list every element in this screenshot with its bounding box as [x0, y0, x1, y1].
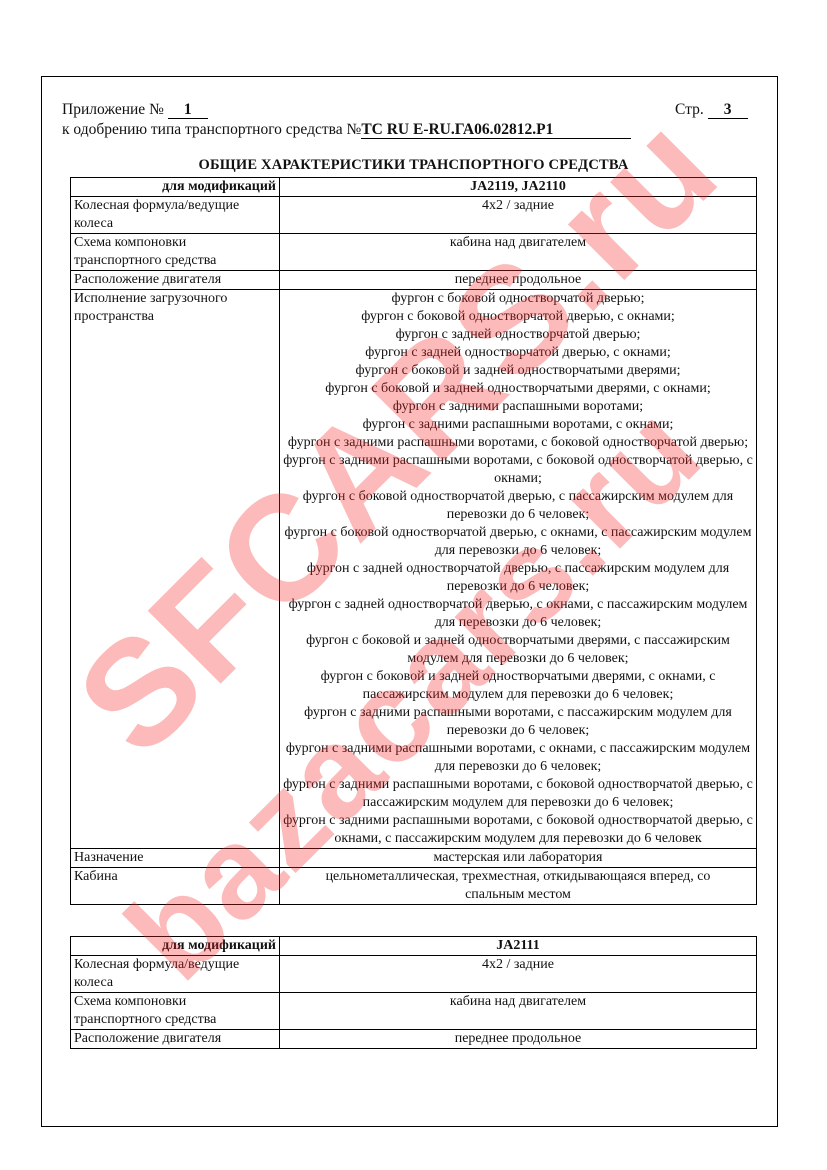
page-number-line: Стр. 3	[675, 101, 748, 119]
row-value: кабина над двигателем	[280, 234, 757, 271]
row-label: Схема компоновки транспортного средства	[71, 993, 280, 1030]
approval-label: к одобрению типа транспортного средства …	[62, 121, 361, 138]
row-label: Схема компоновки транспортного средства	[71, 234, 280, 271]
modifications-value: JA2111	[280, 937, 757, 956]
appendix-number: 1	[168, 101, 208, 119]
row-label: Расположение двигателя	[71, 271, 280, 290]
cargo-variant-item: фургон с задней одностворчатой дверью, с…	[283, 344, 753, 362]
row-value: мастерская или лаборатория	[280, 849, 757, 868]
table-row: Схема компоновки транспортного средства …	[71, 993, 757, 1030]
cargo-variant-item: фургон с боковой одностворчатой дверью, …	[283, 524, 753, 560]
row-value: кабина над двигателем	[280, 993, 757, 1030]
row-value: переднее продольное	[280, 1030, 757, 1049]
table-header-row: для модификаций JA2119, JA2110	[71, 178, 757, 197]
cargo-variant-item: фургон с задними распашными воротами, с …	[283, 740, 753, 776]
row-value: цельнометаллическая, трехместная, откиды…	[280, 868, 757, 905]
cargo-space-variants: фургон с боковой одностворчатой дверью;ф…	[280, 290, 757, 849]
row-label: Расположение двигателя	[71, 1030, 280, 1049]
cargo-variant-item: фургон с задними распашными воротами, с …	[283, 452, 753, 488]
cargo-variant-item: фургон с задними распашными воротами, с …	[283, 776, 753, 812]
table-row: Назначение мастерская или лаборатория	[71, 849, 757, 868]
row-label: Назначение	[71, 849, 280, 868]
row-label: Колесная формула/ведущие колеса	[71, 956, 280, 993]
row-value: 4x2 / задние	[280, 197, 757, 234]
modifications-label: для модификаций	[71, 178, 280, 197]
cargo-variant-item: фургон с задней одностворчатой дверью, с…	[283, 596, 753, 632]
appendix-line: Приложение № 1	[62, 101, 208, 119]
row-label: Колесная формула/ведущие колеса	[71, 197, 280, 234]
cargo-variant-item: фургон с задними распашными воротами;	[283, 398, 753, 416]
approval-number: ТС RU E-RU.ГА06.02812.Р1	[361, 121, 631, 139]
row-label: Исполнение загрузочного пространства	[71, 290, 280, 849]
modifications-label: для модификаций	[71, 937, 280, 956]
cargo-variant-item: фургон с задними распашными воротами, с …	[283, 704, 753, 740]
cargo-variant-item: фургон с боковой и задней одностворчатым…	[283, 362, 753, 380]
cargo-variant-item: фургон с боковой и задней одностворчатым…	[283, 380, 753, 398]
page-number: 3	[708, 101, 748, 119]
characteristics-table-2: для модификаций JA2111 Колесная формула/…	[70, 936, 757, 1049]
cargo-variant-item: фургон с боковой одностворчатой дверью, …	[283, 308, 753, 326]
page-label: Стр.	[675, 101, 704, 118]
approval-line: к одобрению типа транспортного средства …	[62, 121, 631, 139]
cargo-variant-item: фургон с задними распашными воротами, с …	[283, 416, 753, 434]
row-label: Кабина	[71, 868, 280, 905]
table-header-row: для модификаций JA2111	[71, 937, 757, 956]
table-row: Схема компоновки транспортного средства …	[71, 234, 757, 271]
cargo-variant-item: фургон с задней одностворчатой дверью, с…	[283, 560, 753, 596]
cargo-variant-item: фургон с боковой одностворчатой дверью;	[283, 290, 753, 308]
cargo-variant-item: фургон с боковой одностворчатой дверью, …	[283, 488, 753, 524]
row-value: 4x2 / задние	[280, 956, 757, 993]
cargo-variant-item: фургон с боковой и задней одностворчатым…	[283, 668, 753, 704]
row-value: переднее продольное	[280, 271, 757, 290]
cargo-variant-item: фургон с задними распашными воротами, с …	[283, 434, 753, 452]
document-title: ОБЩИЕ ХАРАКТЕРИСТИКИ ТРАНСПОРТНОГО СРЕДС…	[70, 157, 757, 174]
cargo-variant-item: фургон с задними распашными воротами, с …	[283, 812, 753, 848]
modifications-value: JA2119, JA2110	[280, 178, 757, 197]
cargo-variant-item: фургон с боковой и задней одностворчатым…	[283, 632, 753, 668]
characteristics-table-1: для модификаций JA2119, JA2110 Колесная …	[70, 177, 757, 905]
cargo-variant-item: фургон с задней одностворчатой дверью;	[283, 326, 753, 344]
table-row: Исполнение загрузочного пространства фур…	[71, 290, 757, 849]
appendix-label: Приложение №	[62, 101, 164, 118]
table-row: Расположение двигателя переднее продольн…	[71, 271, 757, 290]
table-row: Колесная формула/ведущие колеса 4x2 / за…	[71, 956, 757, 993]
table-row: Колесная формула/ведущие колеса 4x2 / за…	[71, 197, 757, 234]
table-row: Расположение двигателя переднее продольн…	[71, 1030, 757, 1049]
table-row: Кабина цельнометаллическая, трехместная,…	[71, 868, 757, 905]
